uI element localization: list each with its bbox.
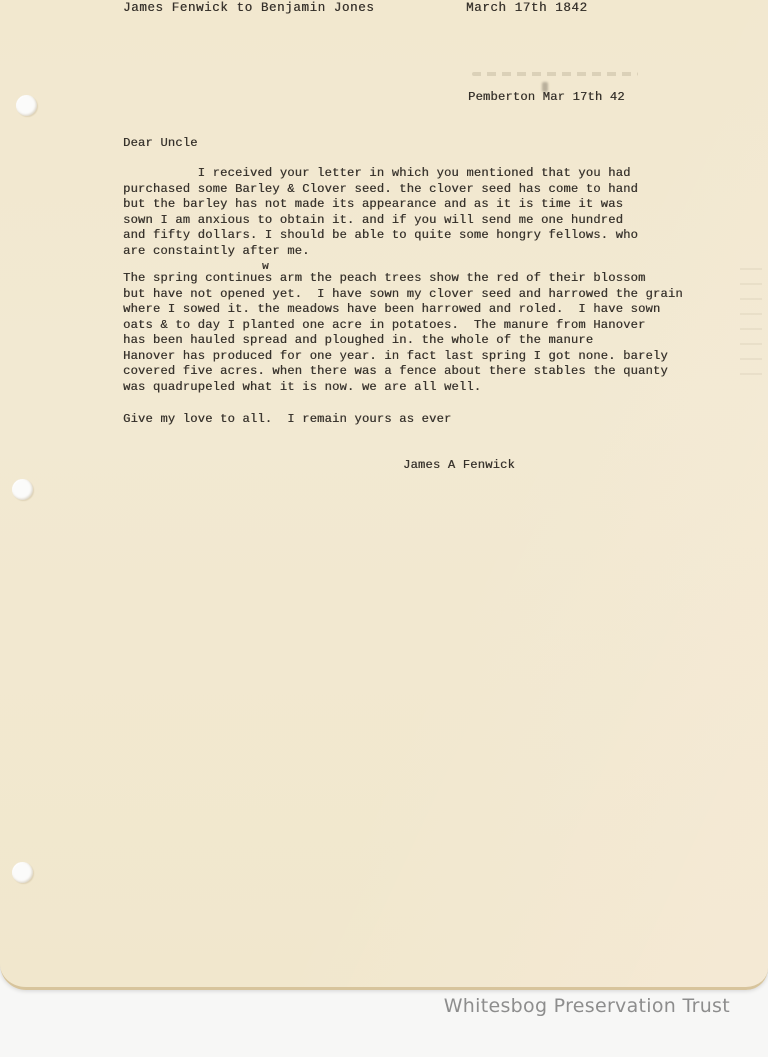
letter-closing: Give my love to all. I remain yours as e… [123,412,451,428]
letter-paragraph-2: The spring continues arm the peach trees… [123,271,683,395]
letter-paper: James Fenwick to Benjamin Jones March 17… [0,0,768,990]
punch-hole-bottom [12,862,33,883]
letter-paragraph-1: I received your letter in which you ment… [123,166,638,259]
scan-artifact [740,268,762,388]
correspondence-title: James Fenwick to Benjamin Jones [123,1,374,17]
scan-viewport: { "colors": { "paper": "#f2e9d2", "ink":… [0,0,768,1057]
archive-watermark: Whitesbog Preservation Trust [444,995,730,1017]
letter-dateline: Pemberton Mar 17th 42 [468,90,625,106]
erased-text-remnant [472,72,638,76]
letter-salutation: Dear Uncle [123,136,198,152]
punch-hole-middle [12,479,33,500]
letter-signature: James A Fenwick [403,458,515,474]
correspondence-date: March 17th 1842 [466,1,588,17]
punch-hole-top [16,95,37,116]
